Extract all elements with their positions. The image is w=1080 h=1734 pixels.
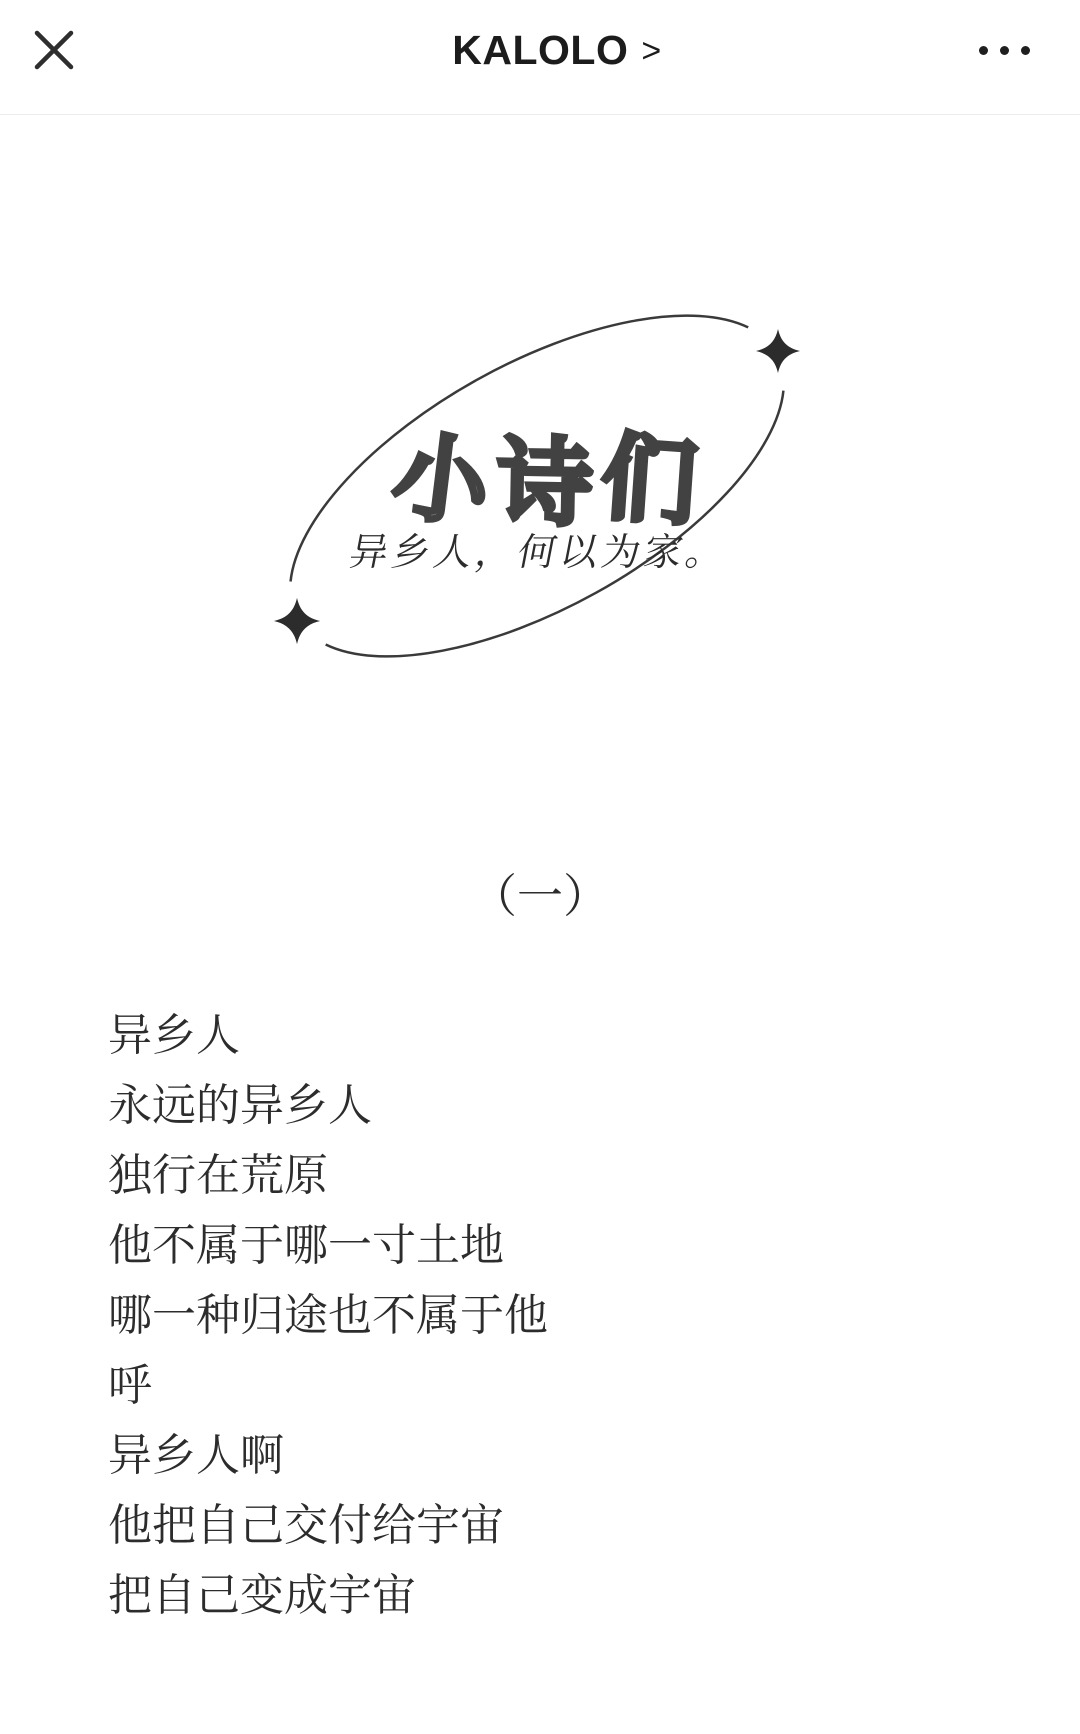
wechat-article-page: KALOLO > 小 诗 们 异乡人，何以为家。 （一） 异乡人 永远的异乡人 … <box>0 0 1080 1734</box>
navbar: KALOLO > <box>0 0 1080 115</box>
hero-title-char: 们 <box>598 430 699 531</box>
more-icon <box>1000 46 1009 55</box>
close-icon <box>32 28 76 72</box>
poem-line: 永远的异乡人 <box>108 1071 1080 1141</box>
poem-line: 独行在荒原 <box>108 1141 1080 1211</box>
more-icon <box>1021 46 1030 55</box>
account-name: KALOLO <box>452 27 628 74</box>
poem-line: 哪一种归途也不属于他 <box>108 1281 1080 1351</box>
more-icon <box>979 46 988 55</box>
account-title[interactable]: KALOLO > <box>452 0 661 100</box>
hero-title: 小 诗 们 <box>393 434 696 529</box>
close-button[interactable] <box>28 24 80 76</box>
sparkle-icon <box>756 329 800 373</box>
section-label: （一） <box>0 861 1080 931</box>
poem-line: 把自己变成宇宙 <box>108 1561 1080 1631</box>
sparkle-icon <box>274 598 320 644</box>
poem-line: 异乡人啊 <box>108 1421 1080 1491</box>
chevron-right-icon: > <box>641 32 661 71</box>
poem-line: 呼 <box>108 1351 1080 1421</box>
more-button[interactable] <box>979 30 1030 70</box>
poem-line: 异乡人 <box>108 1001 1080 1071</box>
poem-line: 他把自己交付给宇宙 <box>108 1491 1080 1561</box>
hero-title-char: 小 <box>388 428 494 534</box>
poem: 异乡人 永远的异乡人 独行在荒原 他不属于哪一寸土地 哪一种归途也不属于他 呼 … <box>0 1001 1080 1631</box>
hero-subtitle: 异乡人，何以为家。 <box>0 521 1080 576</box>
hero-title-char: 诗 <box>497 436 594 533</box>
poem-line: 他不属于哪一寸土地 <box>108 1211 1080 1281</box>
hero-graphic: 小 诗 们 异乡人，何以为家。 <box>0 280 1080 680</box>
